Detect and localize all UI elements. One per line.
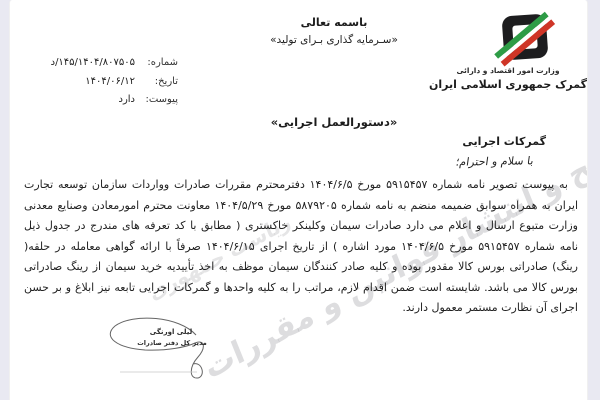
iran-customs-logo-icon <box>496 12 554 66</box>
letter-subject: «دستورالعمل اجرایی» <box>234 115 434 129</box>
recipient-line: گمرکات اجرایی <box>396 135 546 148</box>
meta-row-number: شماره: د/۱۴۵/۱۴۰۴/۸۰۷۵۰۵ <box>38 57 178 69</box>
salutation-line: با سلام و احترام؛ <box>383 155 533 168</box>
number-value: د/۱۴۵/۱۴۰۴/۸۰۷۵۰۵ <box>51 57 135 69</box>
attachment-label: پیوست: <box>144 94 178 106</box>
letter-body: به پیوست تصویر نامه شماره ۵۹۱۵۴۵۷ مورخ ۱… <box>24 175 578 319</box>
meta-row-date: تاریخ: ۱۴۰۴/۰۶/۱۲ <box>38 76 178 88</box>
organization-name: گمرک جمهوری اسلامی ایران <box>418 78 588 91</box>
number-label: شماره: <box>144 57 178 69</box>
signer-name: لیلی اورنگی <box>136 328 206 336</box>
meta-row-attachment: پیوست: دارد <box>38 94 178 106</box>
salutation-text: با سلام و احترام؛ <box>455 154 534 168</box>
letter-page: ریاست جمهوری تدوین، تنقیح و انتشار قوانی… <box>9 0 588 400</box>
signer-title: مدیر کل دفتر صادرات <box>127 339 217 347</box>
signature-block: لیلی اورنگی مدیر کل دفتر صادرات <box>101 313 241 398</box>
year-slogan: «سـرمایه گذاری بـرای تولید» <box>209 34 459 46</box>
date-label: تاریخ: <box>144 76 178 88</box>
attachment-value: دارد <box>118 94 135 106</box>
handwritten-signature-icon <box>101 313 241 398</box>
date-value: ۱۴۰۴/۰۶/۱۲ <box>85 76 135 88</box>
bismillah-heading: باسمه تعالی <box>234 16 434 29</box>
ministry-name: وزارت امور اقتصاد و دارائی <box>438 66 578 75</box>
letter-meta-fields: شماره: د/۱۴۵/۱۴۰۴/۸۰۷۵۰۵ تاریخ: ۱۴۰۴/۰۶/… <box>38 57 178 113</box>
screenshot-root: ریاست جمهوری تدوین، تنقیح و انتشار قوانی… <box>0 0 600 400</box>
